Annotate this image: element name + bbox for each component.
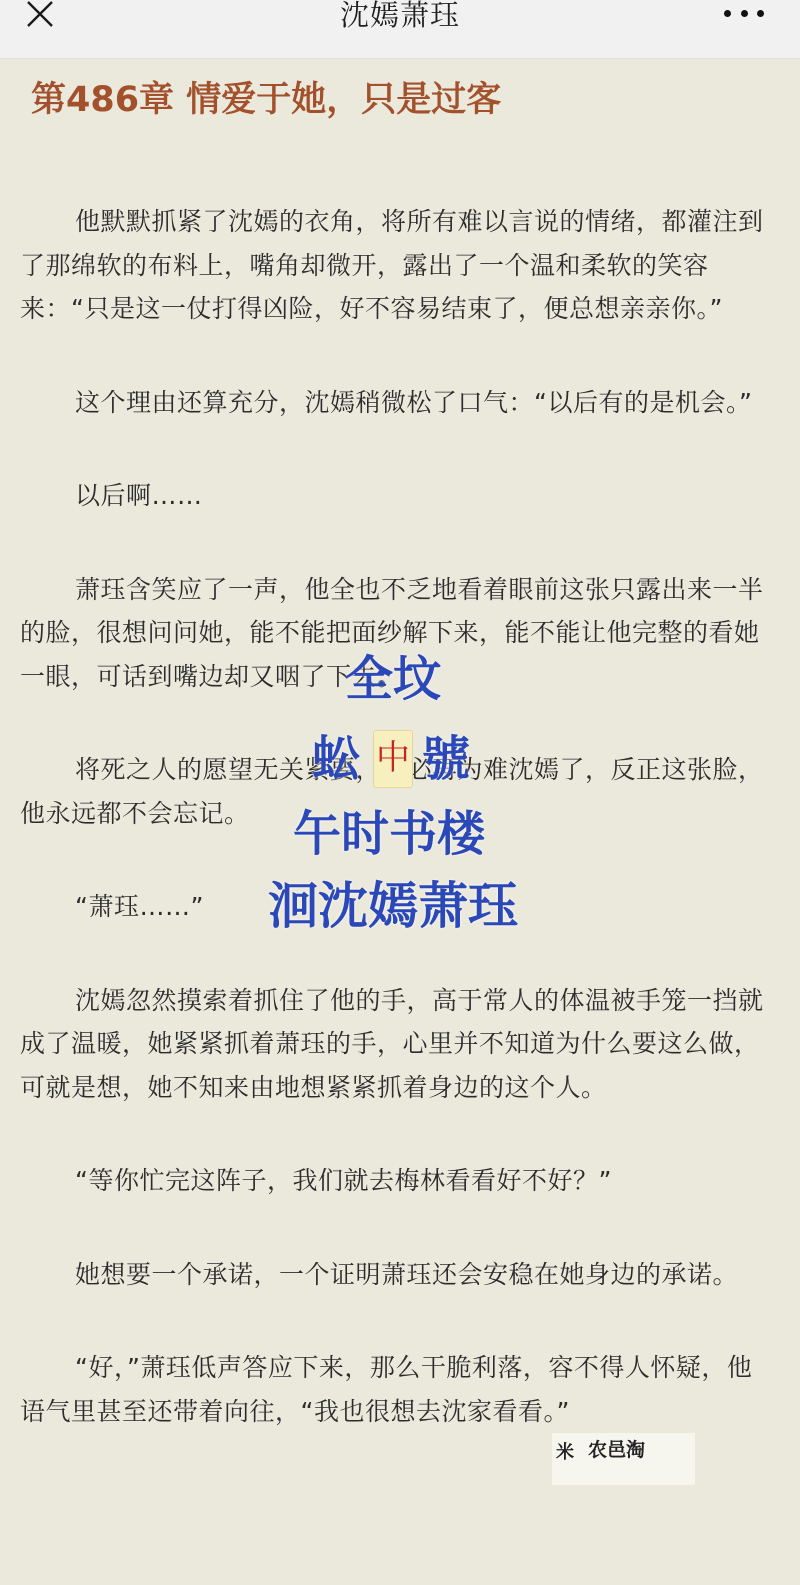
watermark-char: 蚣 [312,733,360,786]
watermark-line: 全坟 [345,640,441,709]
paragraph: 她想要一个承诺，一个证明萧珏还会安稳在她身边的承诺。 [20,1253,772,1297]
chapter-title: 第486章 情爱于她，只是过客 [31,76,501,124]
source-watermark-badge: 米 农邑淘 [552,1433,695,1485]
paragraph: “等你忙完这阵子，我们就去梅林看看好不好？” [20,1159,772,1203]
paragraph: 这个理由还算充分，沈嫣稍微松了口气：“以后有的是机会。” [20,381,772,425]
watermark-line: 午时书楼 [293,795,485,864]
more-icon-dot [724,10,731,17]
paragraph: 以后啊…… [20,474,772,518]
more-options-button[interactable] [724,6,764,20]
source-logo-icon: 米 [556,1438,572,1464]
more-icon-dot [741,10,748,17]
source-name: 农邑淘 [588,1435,645,1462]
watermark-line: 洄沈嫣萧珏 [268,866,518,938]
mahjong-tile-icon: 中 [373,730,413,788]
paragraph: “好，”萧珏低声答应下来，那么干脆利落，容不得人怀疑，他语气里甚至还带着向往，“… [20,1346,772,1433]
top-navigation-bar: 沈嫣萧珏 [0,0,800,59]
more-icon-dot [757,10,764,17]
page-title: 沈嫣萧珏 [0,0,800,30]
paragraph: 沈嫣忽然摸索着抓住了他的手，高于常人的体温被手笼一挡就成了温暖，她紧紧抓着萧珏的… [20,979,772,1110]
paragraph: 他默默抓紧了沈嫣的衣角，将所有难以言说的情绪，都灌注到了那绵软的布料上，嘴角却微… [20,200,772,331]
watermark-char: 號 [422,733,470,786]
